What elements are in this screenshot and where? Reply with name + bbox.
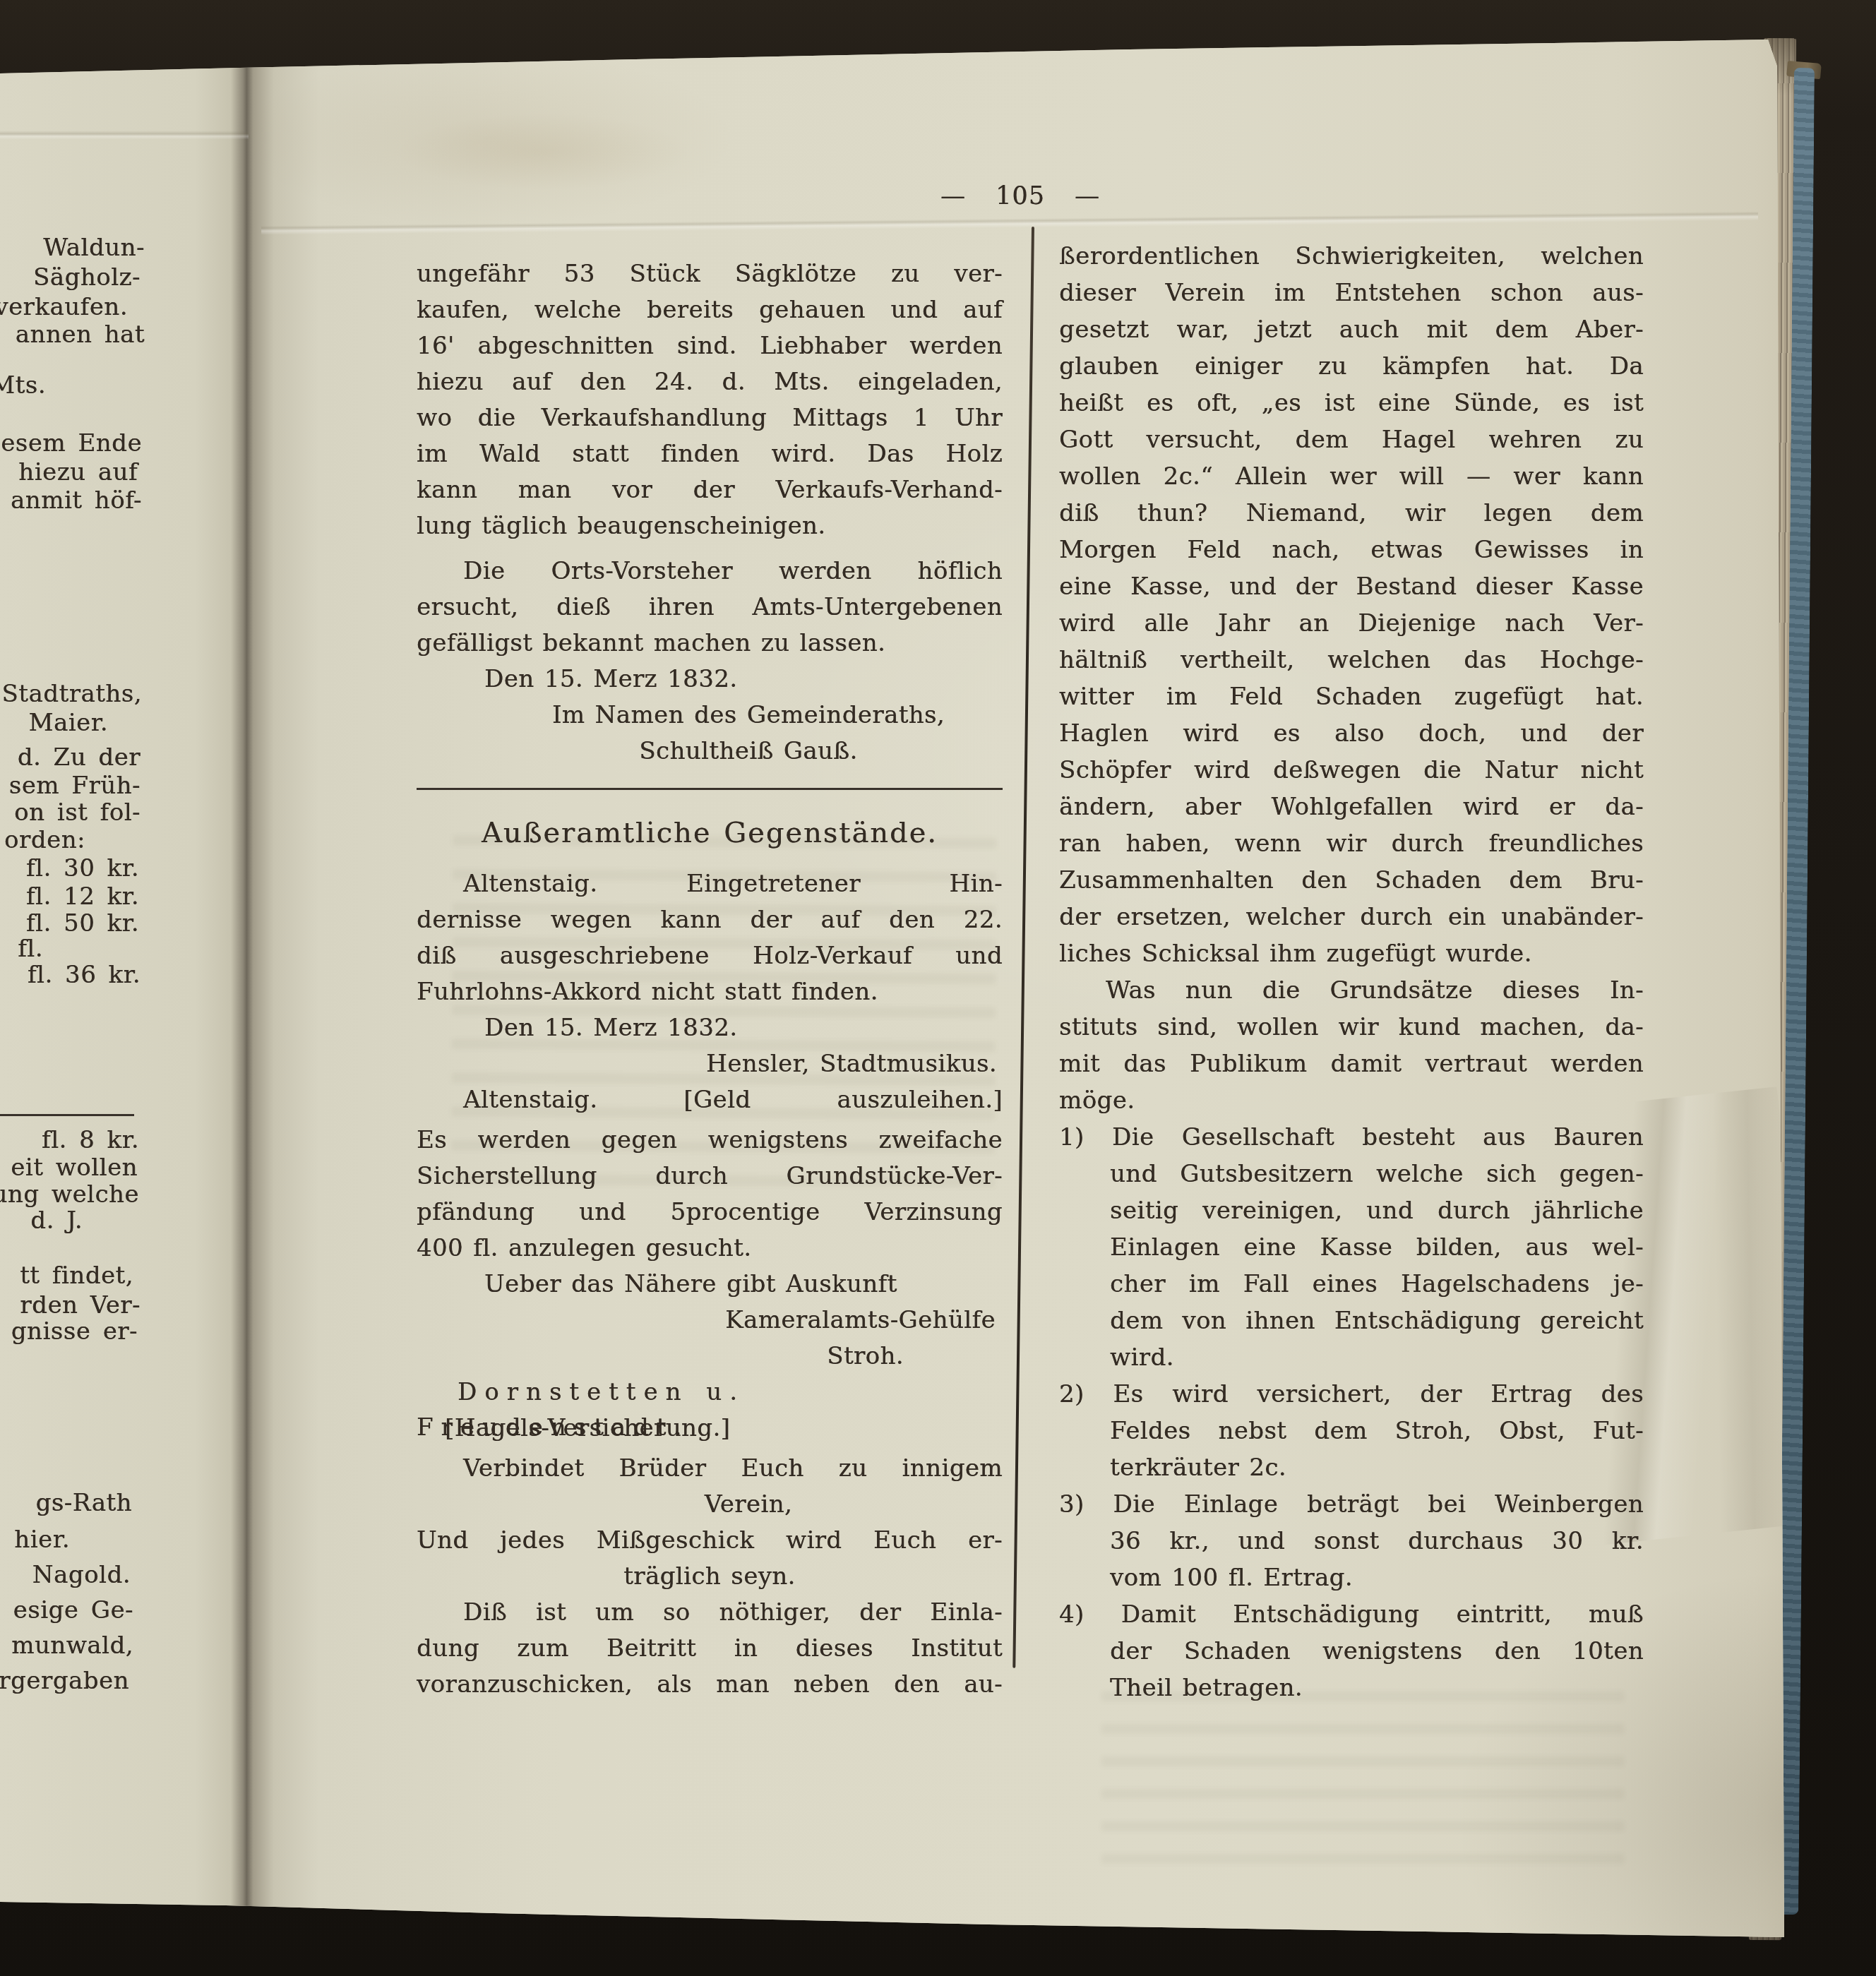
text-line: wird alle Jahr an Diejenige nach Ver-: [1059, 606, 1644, 642]
text-line: Altenstaig. [Geld auszuleihen.]: [417, 1082, 1003, 1118]
left-page-text-line: hiezu auf: [18, 457, 145, 487]
left-page-text-line: Maier.: [29, 708, 145, 738]
text-line: hiezu auf den 24. d. Mts. eingeladen,: [417, 364, 1003, 400]
text-line: Diß ist um so nöthiger, der Einla-: [417, 1595, 1003, 1631]
left-page-text-line: ung welche: [0, 1180, 145, 1209]
left-page-text-line: esige Ge-: [13, 1595, 145, 1625]
left-page-text-line: Sägholz-: [33, 263, 145, 292]
left-page-text-line: Nagold.: [32, 1560, 145, 1590]
text-line: wird.: [1059, 1340, 1644, 1377]
text-line: ändern, aber Wohlgefallen wird er da-: [1059, 789, 1644, 826]
text-line: Altenstaig. Eingetretener Hin-: [417, 866, 1003, 902]
text-line: [Hagels-Versicherung.]: [417, 1411, 1003, 1447]
text-line: terkräuter 2c.: [1059, 1450, 1644, 1487]
open-book-paper: Waldun-Sägholz-verkaufen.annen hatMts.es…: [0, 0, 1876, 1976]
text-line: ßerordentlichen Schwierigkeiten, welchen: [1059, 239, 1644, 275]
left-page-text-line: anmit höf-: [11, 486, 145, 515]
left-page-text-line: sem Früh-: [9, 771, 145, 801]
book-scan: Waldun-Sägholz-verkaufen.annen hatMts.es…: [0, 0, 1876, 1976]
text-line: stituts sind, wollen wir kund machen, da…: [1059, 1010, 1644, 1046]
text-line: wo die Verkaufshandlung Mittags 1 Uhr: [417, 400, 1003, 436]
text-line: diß thun? Niemand, wir legen dem: [1059, 496, 1644, 532]
text-line: [417, 770, 1003, 812]
text-line: im Wald statt finden wird. Das Holz: [417, 436, 1003, 472]
text-line: Einlagen eine Kasse bilden, aus wel-: [1059, 1230, 1644, 1267]
text-line: wollen 2c.“ Allein wer will — wer kann: [1059, 459, 1644, 496]
page-number: — 105 —: [911, 182, 1130, 210]
text-line: Theil betragen.: [1059, 1670, 1644, 1707]
left-page-text-line: [0, 1114, 134, 1116]
left-page-text-line: fl. 30 kr.: [26, 854, 145, 883]
text-line: 36 kr., und sonst durchaus 30 kr.: [1059, 1523, 1644, 1560]
text-line: Hensler, Stadtmusikus.: [417, 1046, 1003, 1082]
text-line: Sicherstellung durch Grundstücke-Ver-: [417, 1158, 1003, 1194]
ink-bleedthrough: [1101, 1687, 1624, 1864]
text-line: der Schaden wenigstens den 10ten: [1059, 1634, 1644, 1670]
left-page-text-line: gs-Rath: [36, 1488, 145, 1518]
left-page-text-line: fl. 36 kr.: [28, 960, 145, 990]
text-line: Den 15. Merz 1832.: [417, 661, 1003, 697]
text-line: dernisse wegen kann der auf den 22.: [417, 902, 1003, 938]
text-line: Schöpfer wird deßwegen die Natur nicht: [1059, 753, 1644, 789]
text-line: Es werden gegen wenigstens zweifache: [417, 1122, 1003, 1158]
text-line: gesetzt war, jetzt auch mit dem Aber-: [1059, 312, 1644, 349]
left-page-text-line: annen hat: [16, 320, 145, 349]
text-line: Zusammenhalten den Schaden dem Bru-: [1059, 863, 1644, 899]
text-line: der ersetzen, welcher durch ein unabände…: [1059, 899, 1644, 936]
text-line: Fuhrlohns-Akkord nicht statt finden.: [417, 974, 1003, 1010]
text-line: kann man vor der Verkaufs-Verhand-: [417, 472, 1003, 508]
text-line: Feldes nebst dem Stroh, Obst, Fut-: [1059, 1413, 1644, 1450]
left-page-text-line: gnisse er-: [11, 1317, 145, 1346]
text-line: Den 15. Merz 1832.: [417, 1010, 1003, 1046]
left-page-text-line: esem Ende: [1, 429, 145, 458]
text-line: ran haben, wenn wir durch freundliches: [1059, 826, 1644, 863]
text-line: dung zum Beitritt in dieses Institut: [417, 1631, 1003, 1667]
text-line: träglich seyn.: [417, 1559, 1003, 1595]
text-line: 1) Die Gesellschaft besteht aus Bauren: [1059, 1120, 1644, 1156]
text-line: liches Schicksal ihm zugefügt wurde.: [1059, 936, 1644, 973]
text-line: 4) Damit Entschädigung eintritt, muß: [1059, 1597, 1644, 1634]
left-page-text-line: rgergaben: [0, 1666, 145, 1696]
left-page-fragment: Waldun-Sägholz-verkaufen.annen hatMts.es…: [0, 0, 145, 1976]
text-line: dem von ihnen Entschädigung gereicht: [1059, 1303, 1644, 1340]
text-line: Ueber das Nähere gibt Auskunft: [417, 1267, 1003, 1303]
text-line: seitig vereinigen, und durch jährliche: [1059, 1193, 1644, 1230]
text-line: 400 fl. anzulegen gesucht.: [417, 1230, 1003, 1267]
text-line: 2) Es wird versichert, der Ertrag des: [1059, 1377, 1644, 1413]
left-page-text-line: eit wollen: [11, 1153, 145, 1182]
text-line: Was nun die Grundsätze dieses In-: [1059, 973, 1644, 1010]
left-page-text-line: rden Ver-: [20, 1291, 145, 1320]
text-line: glauben einiger zu kämpfen hat. Da: [1059, 349, 1644, 385]
left-page-text-line: fl.: [18, 934, 145, 964]
left-page-text-line: Stadtraths,: [2, 679, 145, 709]
text-line: ungefähr 53 Stück Sägklötze zu ver-: [417, 256, 1003, 292]
text-line: hältniß vertheilt, welchen das Hochge-: [1059, 642, 1644, 679]
text-line: 3) Die Einlage beträgt bei Weinbergen: [1059, 1487, 1644, 1523]
left-page-text-line: Mts.: [0, 371, 145, 400]
left-page-text-line: hier.: [14, 1525, 145, 1555]
text-line: Die Orts-Vorsteher werden höflich: [417, 553, 1003, 589]
left-page-text-line: fl. 8 kr.: [42, 1125, 145, 1155]
left-page-text-line: orden:: [4, 825, 145, 855]
text-line: Verbindet Brüder Euch zu innigem: [417, 1451, 1003, 1487]
text-line: Morgen Feld nach, etwas Gewisses in: [1059, 532, 1644, 569]
text-line: dieser Verein im Entstehen schon aus-: [1059, 275, 1644, 312]
column-divider-rule: [1012, 227, 1034, 1668]
text-line: Gott versucht, dem Hagel wehren zu: [1059, 422, 1644, 459]
text-line: mit das Publikum damit vertraut werden: [1059, 1046, 1644, 1083]
left-column: ungefähr 53 Stück Sägklötze zu ver-kaufe…: [417, 256, 1003, 1703]
left-page-text-line: munwald,: [11, 1631, 145, 1660]
text-line: Kameralamts-Gehülfe: [417, 1303, 1003, 1339]
text-line: ersucht, dieß ihren Amts-Untergebenen: [417, 589, 1003, 625]
text-line: Stroh.: [417, 1339, 1003, 1375]
text-line: möge.: [1059, 1083, 1644, 1120]
text-line: Haglen wird es also doch, und der: [1059, 716, 1644, 753]
text-line: heißt es oft, „es ist eine Sünde, es ist: [1059, 385, 1644, 422]
text-line: vom 100 fl. Ertrag.: [1059, 1560, 1644, 1597]
right-column: ßerordentlichen Schwierigkeiten, welchen…: [1059, 239, 1644, 1707]
left-page-text-line: verkaufen.: [0, 292, 145, 322]
text-line: 16' abgeschnitten sind. Liebhaber werden: [417, 328, 1003, 364]
left-page-text-line: tt findet,: [20, 1261, 145, 1291]
text-line: Schultheiß Gauß.: [417, 733, 1003, 770]
text-line: Im Namen des Gemeinderaths,: [417, 697, 1003, 733]
text-line: und Gutsbesitzern welche sich gegen-: [1059, 1156, 1644, 1193]
text-line: pfändung und 5procentige Verzinsung: [417, 1194, 1003, 1230]
text-line: eine Kasse, und der Bestand dieser Kasse: [1059, 569, 1644, 606]
text-line: voranzuschicken, als man neben den au-: [417, 1667, 1003, 1703]
left-page-text-line: d. Zu der: [18, 743, 145, 772]
paper-stain: [395, 113, 692, 191]
text-line: Dornstetten u. Freudenstadt.: [417, 1375, 1003, 1411]
text-line: witter im Feld Schaden zugefügt hat.: [1059, 679, 1644, 716]
text-line: diß ausgeschriebene Holz-Verkauf und: [417, 938, 1003, 974]
left-page-text-line: fl. 12 kr.: [26, 882, 145, 911]
text-line: Verein,: [417, 1487, 1003, 1523]
text-line: lung täglich beaugenscheinigen.: [417, 508, 1003, 544]
text-line: gefälligst bekannt machen zu lassen.: [417, 625, 1003, 661]
text-line: kaufen, welche bereits gehauen und auf: [417, 292, 1003, 328]
left-page-text-line: Waldun-: [43, 233, 145, 263]
text-line: Außeramtliche Gegenstände.: [417, 812, 1003, 857]
text-line: Und jedes Mißgeschick wird Euch er-: [417, 1523, 1003, 1559]
left-page-text-line: d. J.: [30, 1206, 145, 1235]
left-page-text-line: on ist fol-: [14, 798, 145, 827]
text-line: cher im Fall eines Hagelschadens je-: [1059, 1267, 1644, 1303]
